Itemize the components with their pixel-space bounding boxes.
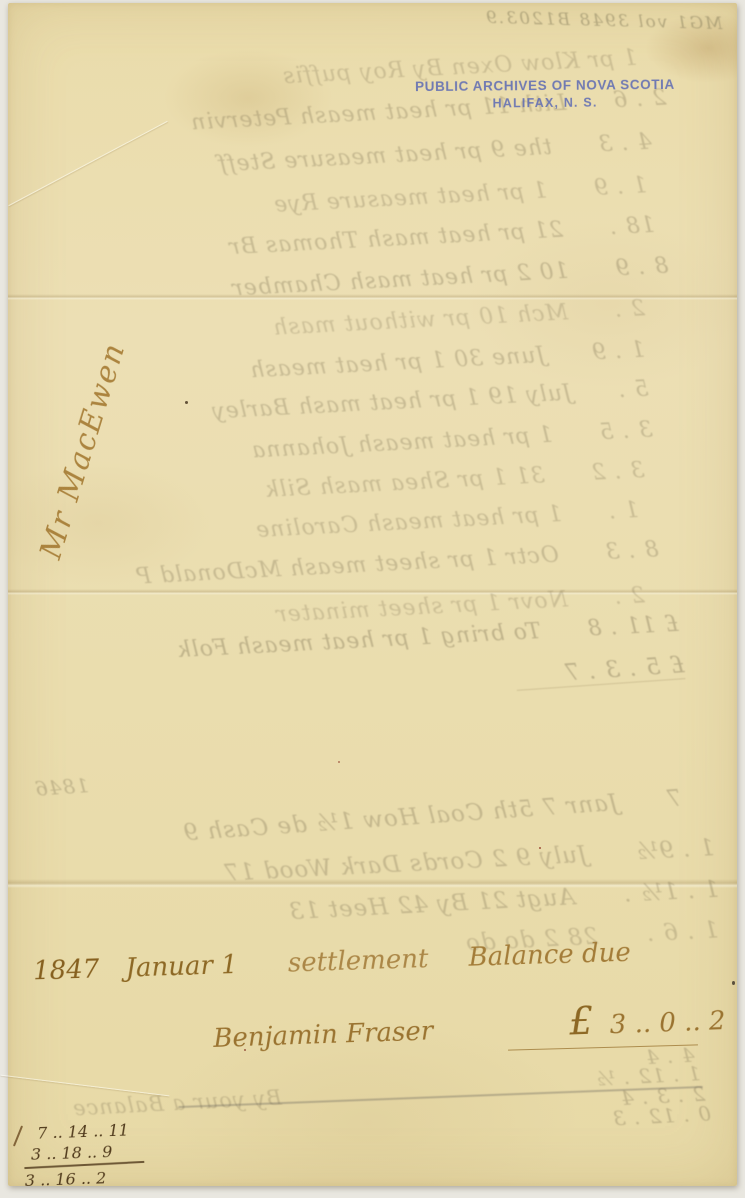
pencil-reference-note: MG1 vol 3948 B1203.9 (484, 8, 723, 34)
subtraction-calculation: 7 .. 14 .. 11 3 .. 18 .. 9 3 .. 16 .. 2 (23, 1119, 145, 1191)
stamp-line-1: PUBLIC ARCHIVES OF NOVA SCOTIA (380, 77, 710, 95)
manuscript-page: 1 pr Klow Oxen By Roy puffis2 . 6 Lith 1… (8, 3, 737, 1186)
calc-row: 7 .. 14 .. 11 (37, 1119, 144, 1144)
bleedthrough-line: 4 . 3 the 9 pr heat measure Steff (217, 130, 653, 178)
corner-crease (1, 1075, 170, 1097)
fold-crease (8, 879, 737, 888)
year-text: 1847 (33, 954, 100, 986)
bleedthrough-line: 1846 (33, 773, 89, 801)
bleedthrough-line: 7 Janr 7 5th Coal How 1½ de Cash 9 (182, 786, 683, 847)
bleedthrough-line: 1 . 9 June 30 1 pr heat meash (248, 338, 645, 384)
edge-nick (732, 981, 735, 985)
docket-signature: Mr MacEwen (28, 321, 137, 580)
corner-crease (8, 121, 167, 206)
document-scan: { "stamp": { "line1": "PUBLIC ARCHIVES O… (0, 0, 745, 1198)
bleedthrough-line: 8 . 9 10 2 pr heat mash Chamber (231, 254, 669, 302)
pencil-stroke (178, 1086, 703, 1108)
ink-speck (539, 847, 541, 849)
stamp-line-2: HALIFAX, N. S. (380, 95, 710, 112)
bleedthrough-line: 5 . July 19 1 pr heat mash Barley (211, 377, 650, 425)
ink-speck (185, 401, 188, 404)
bleedthrough-line: 0 . 12 . 3 (569, 1101, 711, 1132)
bleedthrough-line: 1 . 1 pr heat meash Caroline (254, 498, 639, 543)
bleedthrough-line: 18 . 21 pr heat mash Thomas Br (227, 213, 655, 260)
amount-underline (508, 1044, 698, 1050)
settlement-word: settlement (287, 944, 428, 978)
balance-amount: 3 .. 0 .. 2 (609, 1006, 726, 1040)
archives-stamp: PUBLIC ARCHIVES OF NOVA SCOTIA HALIFAX, … (380, 77, 710, 112)
bleedthrough-line: £ 5 . 3 . 7 (516, 652, 686, 691)
bleedthrough-line: 3 . 5 1 pr heat meash Johanna (251, 417, 654, 463)
settlement-date-line: 1847 Januar 1 settlement Balance due (33, 938, 632, 987)
debtor-name: Benjamin Fraser (213, 1016, 434, 1054)
bleedthrough-line: 1 . 1½ . Augt 21 By 42 Heet 13 (287, 877, 719, 926)
bleedthrough-line: 8 . 3 Octr 1 pr sheet meash McDonald P (135, 537, 660, 589)
ink-speck (338, 761, 340, 763)
bleedthrough-line: £ 11 . 8 To bring 1 pr heat meash Folk (176, 612, 680, 663)
bleedthrough-line: 1 . 9½ July 9 2 Cords Dark Wood 17 (223, 835, 716, 887)
calc-row: 3 .. 16 .. 2 (24, 1166, 145, 1191)
bleedthrough-line: 3 . 2 31 1 pr Shea mash Silk (264, 458, 646, 503)
stray-ink-stroke (13, 1125, 23, 1146)
fold-crease (8, 294, 737, 300)
bleedthrough-line: 1 . 9 1 pr heat measure Rye (272, 173, 647, 218)
fold-crease (8, 589, 737, 595)
bleedthrough-line: 2 . Novr 1 pr sheet minater (275, 583, 646, 627)
pound-sign: £ (568, 999, 594, 1044)
month-day-text: Januar 1 (125, 950, 238, 984)
balance-due-words: Balance due (468, 938, 631, 973)
bleedthrough-line: 2 . Mch 10 pr without mash (271, 296, 645, 340)
